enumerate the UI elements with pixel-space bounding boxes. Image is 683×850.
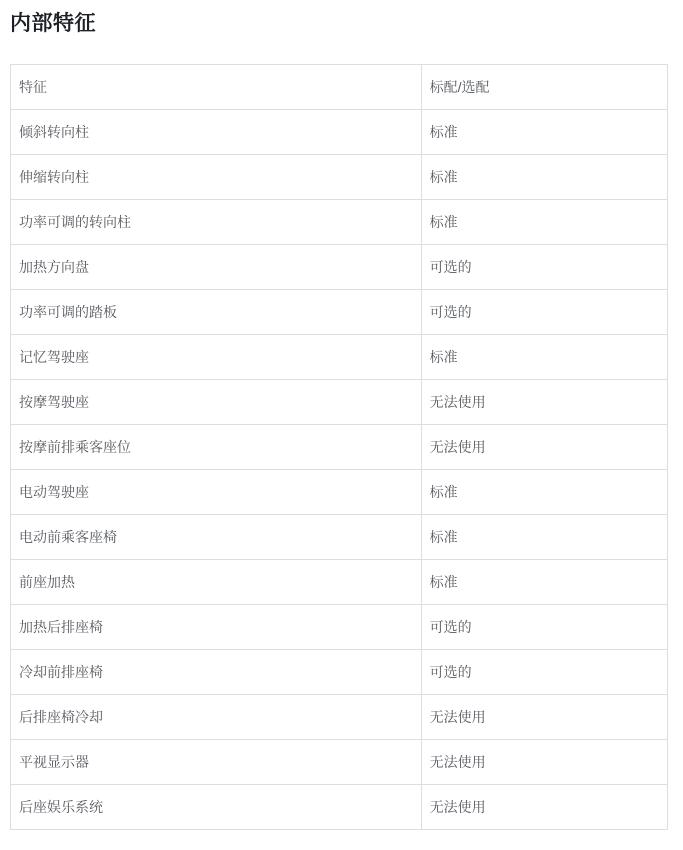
feature-cell: 后座娱乐系统: [11, 785, 422, 830]
table-row: 伸缩转向柱 标准: [11, 155, 668, 200]
feature-cell: 后排座椅冷却: [11, 695, 422, 740]
header-availability: 标配/选配: [421, 65, 667, 110]
table-row: 后座娱乐系统 无法使用: [11, 785, 668, 830]
value-cell: 无法使用: [421, 785, 667, 830]
value-cell: 无法使用: [421, 740, 667, 785]
feature-cell: 冷却前排座椅: [11, 650, 422, 695]
value-cell: 可选的: [421, 290, 667, 335]
value-cell: 标准: [421, 200, 667, 245]
value-cell: 无法使用: [421, 425, 667, 470]
table-row: 功率可调的踏板 可选的: [11, 290, 668, 335]
table-row: 电动驾驶座 标准: [11, 470, 668, 515]
value-cell: 标准: [421, 470, 667, 515]
value-cell: 无法使用: [421, 380, 667, 425]
table-row: 加热方向盘 可选的: [11, 245, 668, 290]
table-row: 后排座椅冷却 无法使用: [11, 695, 668, 740]
table-row: 平视显示器 无法使用: [11, 740, 668, 785]
features-table: 特征 标配/选配 倾斜转向柱 标准 伸缩转向柱 标准 功率可调的转向柱 标准 加…: [10, 64, 668, 830]
table-row: 电动前乘客座椅 标准: [11, 515, 668, 560]
table-row: 加热后排座椅 可选的: [11, 605, 668, 650]
value-cell: 标准: [421, 155, 667, 200]
value-cell: 标准: [421, 515, 667, 560]
feature-cell: 前座加热: [11, 560, 422, 605]
feature-cell: 功率可调的踏板: [11, 290, 422, 335]
feature-cell: 电动驾驶座: [11, 470, 422, 515]
feature-cell: 加热后排座椅: [11, 605, 422, 650]
feature-cell: 按摩驾驶座: [11, 380, 422, 425]
table-header-row: 特征 标配/选配: [11, 65, 668, 110]
value-cell: 标准: [421, 335, 667, 380]
feature-cell: 电动前乘客座椅: [11, 515, 422, 560]
feature-cell: 加热方向盘: [11, 245, 422, 290]
table-row: 冷却前排座椅 可选的: [11, 650, 668, 695]
table-row: 按摩驾驶座 无法使用: [11, 380, 668, 425]
feature-cell: 按摩前排乘客座位: [11, 425, 422, 470]
page-container: 内部特征 特征 标配/选配 倾斜转向柱 标准 伸缩转向柱 标准 功率可调的转向柱…: [0, 0, 683, 850]
feature-cell: 伸缩转向柱: [11, 155, 422, 200]
value-cell: 可选的: [421, 245, 667, 290]
feature-cell: 倾斜转向柱: [11, 110, 422, 155]
table-row: 功率可调的转向柱 标准: [11, 200, 668, 245]
value-cell: 无法使用: [421, 695, 667, 740]
header-feature: 特征: [11, 65, 422, 110]
table-row: 按摩前排乘客座位 无法使用: [11, 425, 668, 470]
value-cell: 可选的: [421, 605, 667, 650]
table-row: 前座加热 标准: [11, 560, 668, 605]
page-title: 内部特征: [10, 12, 673, 36]
table-row: 倾斜转向柱 标准: [11, 110, 668, 155]
feature-cell: 平视显示器: [11, 740, 422, 785]
value-cell: 可选的: [421, 650, 667, 695]
table-row: 记忆驾驶座 标准: [11, 335, 668, 380]
value-cell: 标准: [421, 110, 667, 155]
value-cell: 标准: [421, 560, 667, 605]
feature-cell: 功率可调的转向柱: [11, 200, 422, 245]
feature-cell: 记忆驾驶座: [11, 335, 422, 380]
